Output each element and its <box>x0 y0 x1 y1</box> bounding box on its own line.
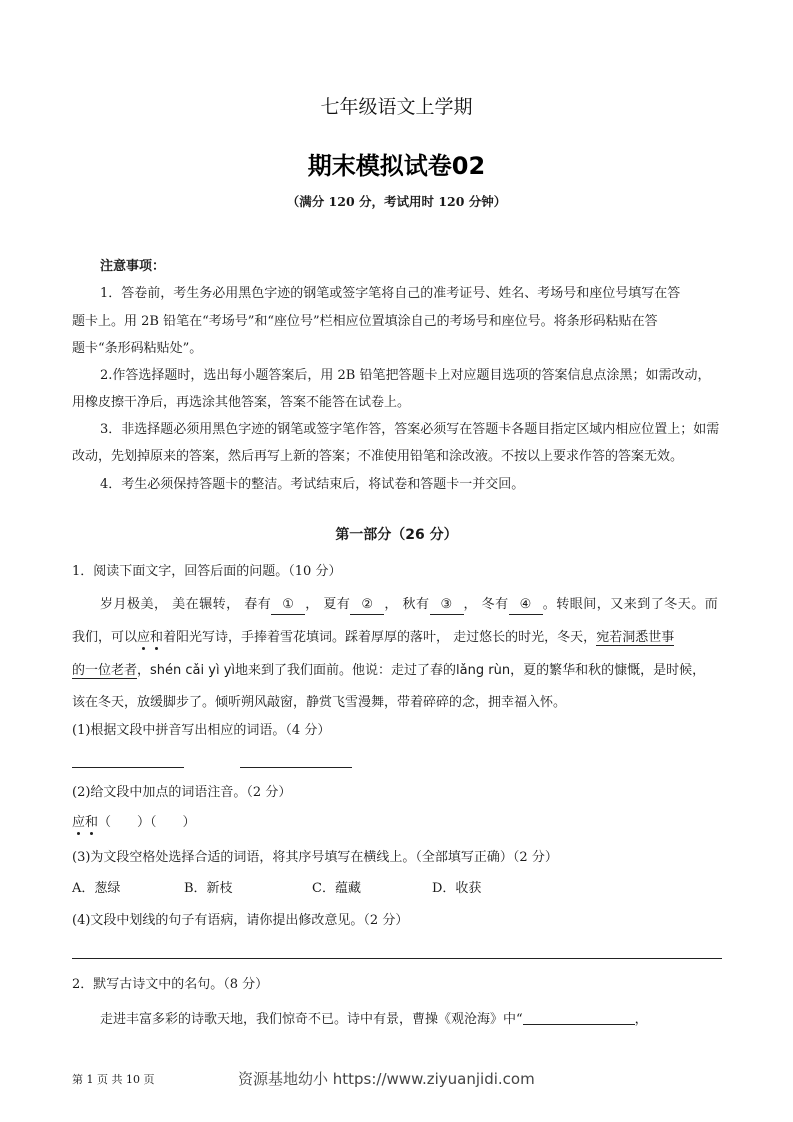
blank-3[interactable]: ③ <box>430 596 464 615</box>
notice-line: 2.作答选择题时，选出每小题答案后，用 2B 铅笔把答题卡上对应题目选项的答案信… <box>100 367 750 385</box>
subquestion-2-answer: 应和（ ）（ ） <box>72 814 722 832</box>
dotted-char: 和 <box>150 630 163 645</box>
page-number: 第 1 页 共 10 页 <box>72 1071 154 1087</box>
subquestion-2: (2)给文段中加点的词语注音。（2 分） <box>72 784 722 802</box>
passage-line-2: 我们，可以应和着阳光写诗，手捧着雪花填词。踩着厚厚的落叶， 走过悠长的时光，冬天… <box>72 629 722 647</box>
pinyin-1: shén cǎi yì yì <box>150 663 235 678</box>
passage-line-1: 岁月极美， 美在辗转， 春有①， 夏有②， 秋有③， 冬有④。转眼间，又来到了冬… <box>100 596 750 615</box>
answer-line-2[interactable] <box>240 767 352 768</box>
answer-line-1[interactable] <box>72 767 184 768</box>
underlined-sentence: 宛若洞悉世事 <box>596 630 674 646</box>
subquestion-1: (1)根据文段中拼音写出相应的词语。（4 分） <box>72 722 722 740</box>
pinyin-answer-parens[interactable]: （ ）（ ） <box>98 815 196 830</box>
option-c[interactable]: C．蕴藏 <box>312 880 432 898</box>
option-a[interactable]: A．葱绿 <box>72 880 184 898</box>
option-b[interactable]: B．新枝 <box>184 880 312 898</box>
exam-title: 期末模拟试卷02 <box>0 146 793 181</box>
notice-line: 4．考生必须保持答题卡的整洁。考试结束后，将试卷和答题卡一并交回。 <box>100 476 750 494</box>
underlined-sentence: 的一位老者 <box>72 663 137 679</box>
question-2-line: 走进丰富多彩的诗歌天地，我们惊奇不已。诗中有景，曹操《观沧海》中“， <box>100 1011 750 1029</box>
notice-line: 3．非选择题必须用黑色字迹的钢笔或签字笔作答，答案必须写在答题卡各题目指定区域内… <box>100 421 750 439</box>
notice-line: 改动，先划掉原来的答案，然后再写上新的答案；不准使用铅笔和涂改液。不按以上要求作… <box>72 448 722 466</box>
blank-2[interactable]: ② <box>350 596 384 615</box>
passage-line-4: 该在冬天，放缓脚步了。倾听朔风敲窗，静赏飞雪漫舞，带着碎碎的念，拥幸福入怀。 <box>72 694 722 712</box>
question-1-prompt: 1．阅读下面文字，回答后面的问题。（10 分） <box>72 563 722 581</box>
notice-line: 题卡上。用 2B 铅笔在“考场号”和“座位号”栏相应位置填涂自己的考场号和座位号… <box>72 313 722 331</box>
section-heading: 第一部分（26 分） <box>0 524 793 544</box>
dotted-char: 和 <box>85 815 98 830</box>
options-row: A．葱绿B．新枝C．蕴藏D．收获 <box>72 880 722 898</box>
notice-line: 用橡皮擦干净后，再选涂其他答案，答案不能答在试卷上。 <box>72 394 722 412</box>
notice-heading: 注意事项： <box>100 258 750 276</box>
score-note: （满分 120 分，考试用时 120 分钟） <box>0 192 793 210</box>
passage-line-3: 的一位老者，shén cǎi yì yì地来到了我们面前。他说：走过了春的lǎn… <box>72 662 722 680</box>
answer-line-long[interactable] <box>72 958 722 959</box>
pinyin-2: lǎng rùn <box>456 663 510 678</box>
dotted-char: 应 <box>137 630 150 645</box>
subquestion-3: (3)为文段空格处选择合适的词语，将其序号填写在横线上。（全部填写正确）（2 分… <box>72 849 722 867</box>
notice-line: 1．答卷前，考生务必用黑色字迹的钢笔或签字笔将自己的准考证号、姓名、考场号和座位… <box>100 285 750 303</box>
question-2-prompt: 2．默写古诗文中的名句。（8 分） <box>72 976 722 994</box>
blank-1[interactable]: ① <box>271 596 305 615</box>
blank-4[interactable]: ④ <box>509 596 543 615</box>
watermark-text: 资源基地幼小 https://www.ziyuanjidi.com <box>238 1068 535 1089</box>
poem-blank[interactable] <box>523 1024 635 1025</box>
notice-line: 题卡“条形码粘贴处”。 <box>72 340 722 358</box>
subquestion-4: (4)文段中划线的句子有语病，请你提出修改意见。（2 分） <box>72 912 722 930</box>
option-d[interactable]: D．收获 <box>432 880 481 898</box>
dotted-char: 应 <box>72 815 85 830</box>
grade-subtitle: 七年级语文上学期 <box>0 92 793 119</box>
